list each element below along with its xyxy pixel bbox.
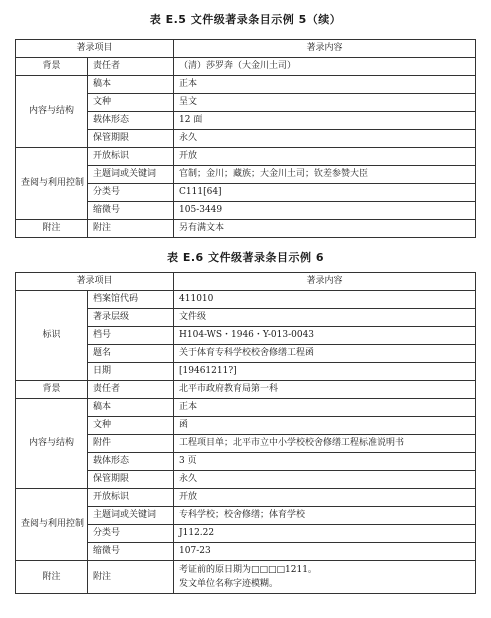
- header-content: 著录内容: [174, 273, 476, 291]
- item-label: 缩微号: [88, 202, 174, 220]
- item-value: 函: [174, 417, 476, 435]
- table-row: 背景 责任者 北平市政府教育局第一科: [16, 381, 476, 399]
- group-label: 内容与结构: [16, 399, 88, 489]
- table-row: 背景 责任者 （清）莎罗奔（大金川土司）: [16, 58, 476, 76]
- item-value: 官制；金川；藏族；大金川土司；钦差参赞大臣: [174, 166, 476, 184]
- item-value: 另有满文本: [174, 220, 476, 238]
- item-label: 稿本: [88, 76, 174, 94]
- item-label: 分类号: [88, 525, 174, 543]
- item-label: 责任者: [88, 381, 174, 399]
- item-label: 缩微号: [88, 543, 174, 561]
- group-label: 查阅与利用控制: [16, 489, 88, 561]
- table-header-row: 著录项目 著录内容: [16, 273, 476, 291]
- table-row: 查阅与利用控制 开放标识 开放: [16, 148, 476, 166]
- item-value: 专科学校；校舍修缮；体育学校: [174, 507, 476, 525]
- table-row: 查阅与利用控制 开放标识 开放: [16, 489, 476, 507]
- header-item: 著录项目: [16, 40, 174, 58]
- item-value: 文件级: [174, 309, 476, 327]
- item-value: 正本: [174, 399, 476, 417]
- item-value: 永久: [174, 471, 476, 489]
- group-label: 内容与结构: [16, 76, 88, 148]
- table-row: 标识 档案馆代码 411010: [16, 291, 476, 309]
- item-value: 105-3449: [174, 202, 476, 220]
- item-label: 载体形态: [88, 453, 174, 471]
- item-value: 3 页: [174, 453, 476, 471]
- item-value: 411010: [174, 291, 476, 309]
- item-label: 分类号: [88, 184, 174, 202]
- table-row: 附注 附注 考证前的原日期为□□□□1211。 发文单位名称字迹模糊。: [16, 561, 476, 594]
- item-value: 开放: [174, 148, 476, 166]
- item-value: C111[64]: [174, 184, 476, 202]
- group-label: 附注: [16, 220, 88, 238]
- table-header-row: 著录项目 著录内容: [16, 40, 476, 58]
- item-label: 附件: [88, 435, 174, 453]
- item-value: 107-23: [174, 543, 476, 561]
- item-value: 工程项目单；北平市立中小学校校舍修缮工程标准说明书: [174, 435, 476, 453]
- item-value: 永久: [174, 130, 476, 148]
- group-label: 附注: [16, 561, 88, 594]
- item-label: 开放标识: [88, 489, 174, 507]
- item-label: 档案馆代码: [88, 291, 174, 309]
- item-value: J112.22: [174, 525, 476, 543]
- header-content: 著录内容: [174, 40, 476, 58]
- item-label: 主题词或关键词: [88, 166, 174, 184]
- item-value: 正本: [174, 76, 476, 94]
- item-label: 题名: [88, 345, 174, 363]
- note-line: 考证前的原日期为□□□□1211。: [179, 563, 470, 577]
- table-e5-caption: 表 E.5 文件级著录条目示例 5（续）: [0, 11, 491, 27]
- item-value: H104-WS・1946・Y-013-0043: [174, 327, 476, 345]
- item-label: 稿本: [88, 399, 174, 417]
- item-value: 开放: [174, 489, 476, 507]
- item-label: 载体形态: [88, 112, 174, 130]
- item-label: 档号: [88, 327, 174, 345]
- item-value: 关于体育专科学校校舍修缮工程函: [174, 345, 476, 363]
- item-label: 著录层级: [88, 309, 174, 327]
- table-e6-caption: 表 E.6 文件级著录条目示例 6: [0, 249, 491, 265]
- item-label: 开放标识: [88, 148, 174, 166]
- item-label: 日期: [88, 363, 174, 381]
- table-e5: 著录项目 著录内容 背景 责任者 （清）莎罗奔（大金川土司） 内容与结构 稿本 …: [15, 39, 476, 238]
- item-value: 12 面: [174, 112, 476, 130]
- table-row: 内容与结构 稿本 正本: [16, 76, 476, 94]
- item-value: 呈文: [174, 94, 476, 112]
- item-label: 保管期限: [88, 130, 174, 148]
- item-label: 文种: [88, 94, 174, 112]
- item-label: 附注: [88, 561, 174, 594]
- item-label: 保管期限: [88, 471, 174, 489]
- header-item: 著录项目: [16, 273, 174, 291]
- table-e6: 著录项目 著录内容 标识 档案馆代码 411010 著录层级 文件级 档号 H1…: [15, 272, 476, 594]
- table-row: 内容与结构 稿本 正本: [16, 399, 476, 417]
- item-label: 附注: [88, 220, 174, 238]
- group-label: 查阅与利用控制: [16, 148, 88, 220]
- item-value: （清）莎罗奔（大金川土司）: [174, 58, 476, 76]
- group-label: 背景: [16, 381, 88, 399]
- group-label: 标识: [16, 291, 88, 381]
- item-label: 责任者: [88, 58, 174, 76]
- item-label: 文种: [88, 417, 174, 435]
- table-row: 附注 附注 另有满文本: [16, 220, 476, 238]
- item-value: [19461211?]: [174, 363, 476, 381]
- item-value: 考证前的原日期为□□□□1211。 发文单位名称字迹模糊。: [174, 561, 476, 594]
- group-label: 背景: [16, 58, 88, 76]
- item-value: 北平市政府教育局第一科: [174, 381, 476, 399]
- note-line: 发文单位名称字迹模糊。: [179, 577, 470, 591]
- item-label: 主题词或关键词: [88, 507, 174, 525]
